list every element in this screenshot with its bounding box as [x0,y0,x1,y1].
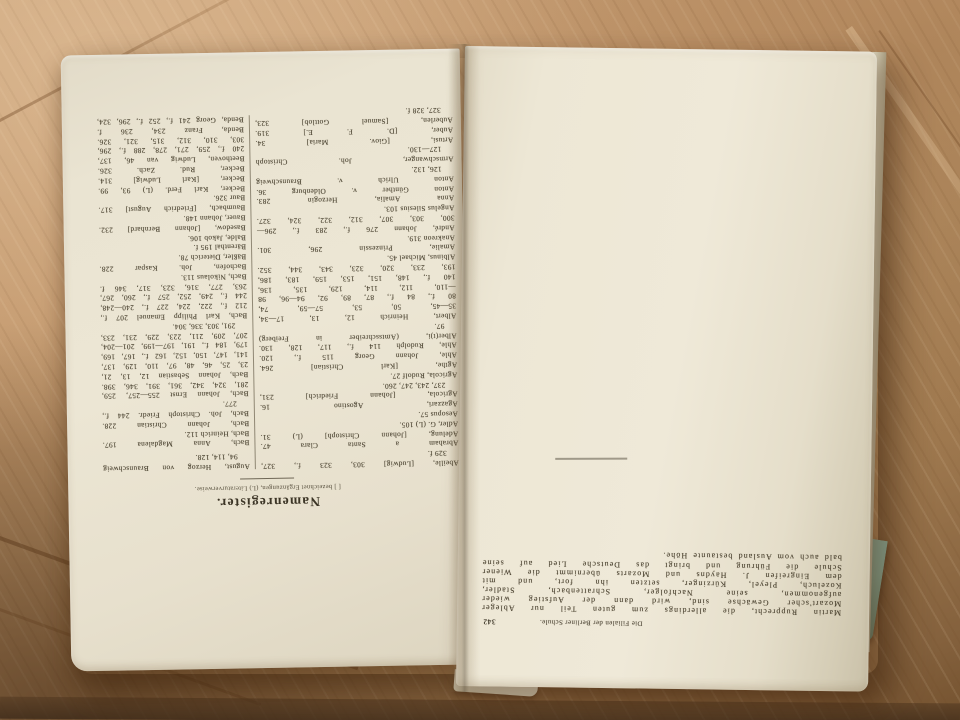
photo-scene: Namenregister. [ ] bezeichnet Ergänzunge… [0,0,960,720]
running-header: Die Filialen der Berliner Schule. 342 [483,617,839,631]
index-column-right: August, Herzog von Braunschweig94, 114, … [97,109,250,474]
index-page-content: Namenregister. [ ] bezeichnet Ergänzunge… [61,49,471,672]
index-columns: Abeille, [Ludwig] 303, 323 f., 327,329 f… [62,105,467,474]
chapter-paragraph: Martin Rupprecht, die allerdings zum gut… [481,549,842,618]
index-heading: Namenregister. [68,490,467,513]
running-header-title: Die Filialen der Berliner Schule. [540,618,643,626]
chapter-end-page: Die Filialen der Berliner Schule. 342 Ma… [456,46,877,692]
index-page: Namenregister. [ ] bezeichnet Ergänzunge… [61,49,471,672]
open-book: Namenregister. [ ] bezeichnet Ergänzunge… [0,0,960,720]
chapter-page-content: Die Filialen der Berliner Schule. 342 Ma… [456,46,877,692]
index-column-left: Abeille, [Ludwig] 303, 323 f., 327,329 f… [255,105,459,471]
index-line: Abeille, [Ludwig] 303, 323 f., 327, [261,458,459,471]
chapter-end-rule [555,458,627,460]
index-rule [241,478,295,480]
page-number: 342 [483,617,496,626]
index-line: August, Herzog von Braunschweig [103,461,250,473]
